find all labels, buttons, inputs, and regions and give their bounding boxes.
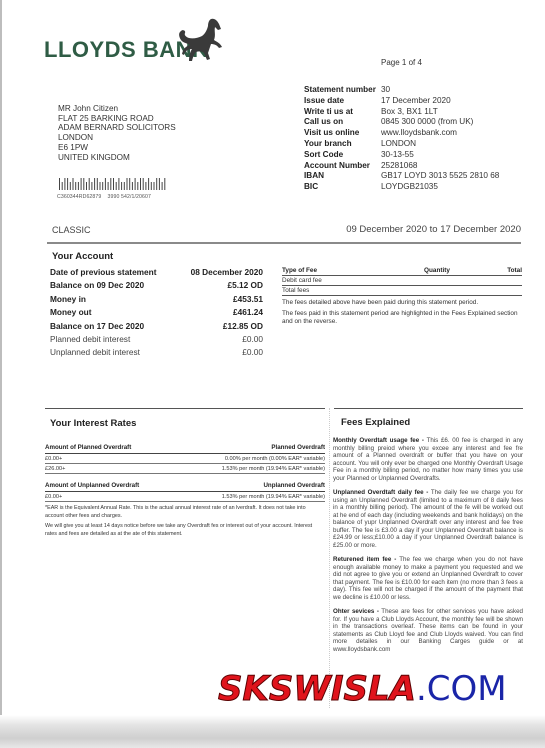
detail-label: Call us on [304,117,381,128]
bank-statement-page: LLOYDS BANK Page 1 of 4 MR John Citizen … [0,0,545,748]
detail-label: Visit us online [304,128,381,139]
account-label: Unplanned debit interest [50,346,140,359]
rate-cell: 0.00% per month (0.00% EAR* variable) [225,456,325,462]
header-cell: Unplanned Overdraft [263,482,325,489]
address-line: UNITED KINGDOM [58,153,176,163]
account-row: Balance on 09 Dec 2020£5.12 OD [50,279,263,292]
account-value: £5.12 OD [227,279,263,292]
detail-row: Visit us onlinewww.lloydsbank.com [304,128,499,139]
fee-explanation: Unplanned Overdtaft daily fee - The dail… [333,489,523,549]
unplanned-overdraft-header: Amount of Unplanned Overdraft Unplanned … [45,482,325,492]
divider [334,408,523,409]
ear-footnote: *EAR is the Equivalent Annual Rate. This… [45,505,325,520]
detail-value: 17 December 2020 [381,96,451,107]
detail-value: 30-13-55 [381,150,414,161]
statement-period: 09 December 2020 to 17 December 2020 [346,224,521,235]
account-row: Balance on 17 Dec 2020£12.85 OD [50,320,263,333]
account-label: Money in [50,293,86,306]
detail-value: 0845 300 0000 (from UK) [381,117,473,128]
barcode-text: C360344RD62879 3990 542/1/20607 [57,194,151,200]
detail-label: Sort Code [304,150,381,161]
detail-row: Write ti us atBox 3, BX1 1LT [304,107,499,118]
page-indicator: Page 1 of 4 [381,58,422,67]
detail-row: Your branchLONDON [304,139,499,150]
watermark-part: SKSWISLA [218,669,416,709]
account-value: 08 December 2020 [191,266,263,279]
divider [47,242,521,244]
detail-row: Call us on0845 300 0000 (from UK) [304,117,499,128]
detail-row: BICLOYDGB21035 [304,182,499,193]
fees-explained-title: Fees Explained [341,417,410,428]
column-divider [329,408,330,708]
account-value: £0.00 [242,346,263,359]
account-row: Unplanned debit interest£0.00 [50,346,263,359]
detail-row: Sort Code30-13-55 [304,150,499,161]
amount-cell: £0.00+ [45,456,62,462]
detail-label: Account Number [304,161,381,172]
account-label: Balance on 09 Dec 2020 [50,279,144,292]
notice-footnote: We will give you at least 14 days notice… [45,523,325,538]
account-type: CLASSIC [52,225,91,235]
detail-row: IBANGB17 LOYD 3013 5525 2810 68 [304,171,499,182]
fee-description: This £6. 00 fee is charged in any monthl… [333,437,523,482]
rate-cell: 1.53% per month (19.94% EAR* variable) [222,494,325,500]
detail-value: GB17 LOYD 3013 5525 2810 68 [381,171,499,182]
header-cell: Amount of Unplanned Overdraft [45,482,139,489]
fee-row: Debit card fee [282,276,522,286]
fee-description: The daily fee we charge you for using an… [333,489,523,549]
address-line: MR John Citizen [58,104,176,114]
address-line: E6 1PW [58,143,176,153]
rate-row: £0.00+ 1.53% per month (19.94% EAR* vari… [45,492,325,502]
page-edge [0,0,2,720]
address-line: LONDON [58,133,176,143]
rate-cell: 1.53% per month (19.94% EAR* variable) [222,466,325,472]
page-bottom-shadow [0,715,545,748]
detail-value: 30 [381,85,390,96]
fee-description: These are fees for other services you ha… [333,608,523,653]
detail-label: BIC [304,182,381,193]
fees-note: The fees paid in this statement period a… [282,310,522,326]
fees-table-header: Type of Fee Quantity Total [282,267,522,276]
account-label: Balance on 17 Dec 2020 [50,320,144,333]
detail-label: Issue date [304,96,381,107]
address-line: FLAT 25 BARKING ROAD [58,114,176,124]
fee-description: The fee we charge when you do not have e… [333,556,523,601]
fees-explained-list: Monthly Overdtaft usage fee - This £6. 0… [333,437,523,660]
fee-term: Ohter sevices - [333,608,379,615]
header-cell: Planned Overdraft [271,444,325,451]
account-label: Money out [50,306,91,319]
divider [45,408,325,409]
account-row: Date of previous statement08 December 20… [50,266,263,279]
statement-details: Statement number30Issue date17 December … [304,85,499,193]
account-value: £0.00 [242,333,263,346]
fee-explanation: Returened item fee - The fee we charge w… [333,556,523,601]
account-row: Planned debit interest£0.00 [50,333,263,346]
watermark: SKSWISLA.COM [218,669,507,709]
detail-row: Account Number25281068 [304,161,499,172]
fees-note: The fees detailed above have been paid d… [282,299,522,307]
fee-explanation: Monthly Overdtaft usage fee - This £6. 0… [333,437,523,482]
rate-row: £26.00+ 1.53% per month (19.94% EAR* var… [45,464,325,474]
account-value: £12.85 OD [223,320,263,333]
postal-barcode-icon [58,178,168,190]
detail-label: IBAN [304,171,381,182]
rate-row: £0.00+ 0.00% per month (0.00% EAR* varia… [45,454,325,464]
recipient-address: MR John Citizen FLAT 25 BARKING ROAD ADA… [58,104,176,162]
black-horse-icon [175,16,225,64]
interest-rates-title: Your Interest Rates [50,418,136,429]
fee-term: Monthly Overdtaft usage fee - [333,437,424,444]
detail-value: 25281068 [381,161,417,172]
detail-row: Statement number30 [304,85,499,96]
quantity-header: Quantity [392,267,482,274]
total-header: Total [482,267,522,274]
interest-rates-table: Amount of Planned Overdraft Planned Over… [45,444,325,538]
fee-term: Returened item fee - [333,556,396,563]
account-row: Money in£453.51 [50,293,263,306]
fee-explanation: Ohter sevices - These are fees for other… [333,608,523,653]
detail-value: LONDON [381,139,416,150]
detail-value: LOYDGB21035 [381,182,438,193]
account-value: £453.51 [233,293,263,306]
your-account-table: Date of previous statement08 December 20… [50,266,263,360]
amount-cell: £0.00+ [45,494,62,500]
address-line: ADAM BERNARD SOLICITORS [58,123,176,133]
account-label: Planned debit interest [50,333,130,346]
account-row: Money out£461.24 [50,306,263,319]
fees-table: Type of Fee Quantity Total Debit card fe… [282,267,522,327]
fee-type-header: Type of Fee [282,267,392,274]
detail-label: Write ti us at [304,107,381,118]
watermark-part: .COM [416,669,507,709]
header-cell: Amount of Planned Overdraft [45,444,131,451]
detail-value: www.lloydsbank.com [381,128,457,139]
amount-cell: £26.00+ [45,466,65,472]
fee-row: Total fees [282,286,522,296]
planned-overdraft-header: Amount of Planned Overdraft Planned Over… [45,444,325,454]
detail-row: Issue date17 December 2020 [304,96,499,107]
your-account-title: Your Account [52,251,113,262]
detail-value: Box 3, BX1 1LT [381,107,438,118]
detail-label: Your branch [304,139,381,150]
detail-label: Statement number [304,85,381,96]
account-label: Date of previous statement [50,266,157,279]
account-value: £461.24 [233,306,263,319]
fee-term: Unplanned Overdtaft daily fee - [333,489,428,496]
